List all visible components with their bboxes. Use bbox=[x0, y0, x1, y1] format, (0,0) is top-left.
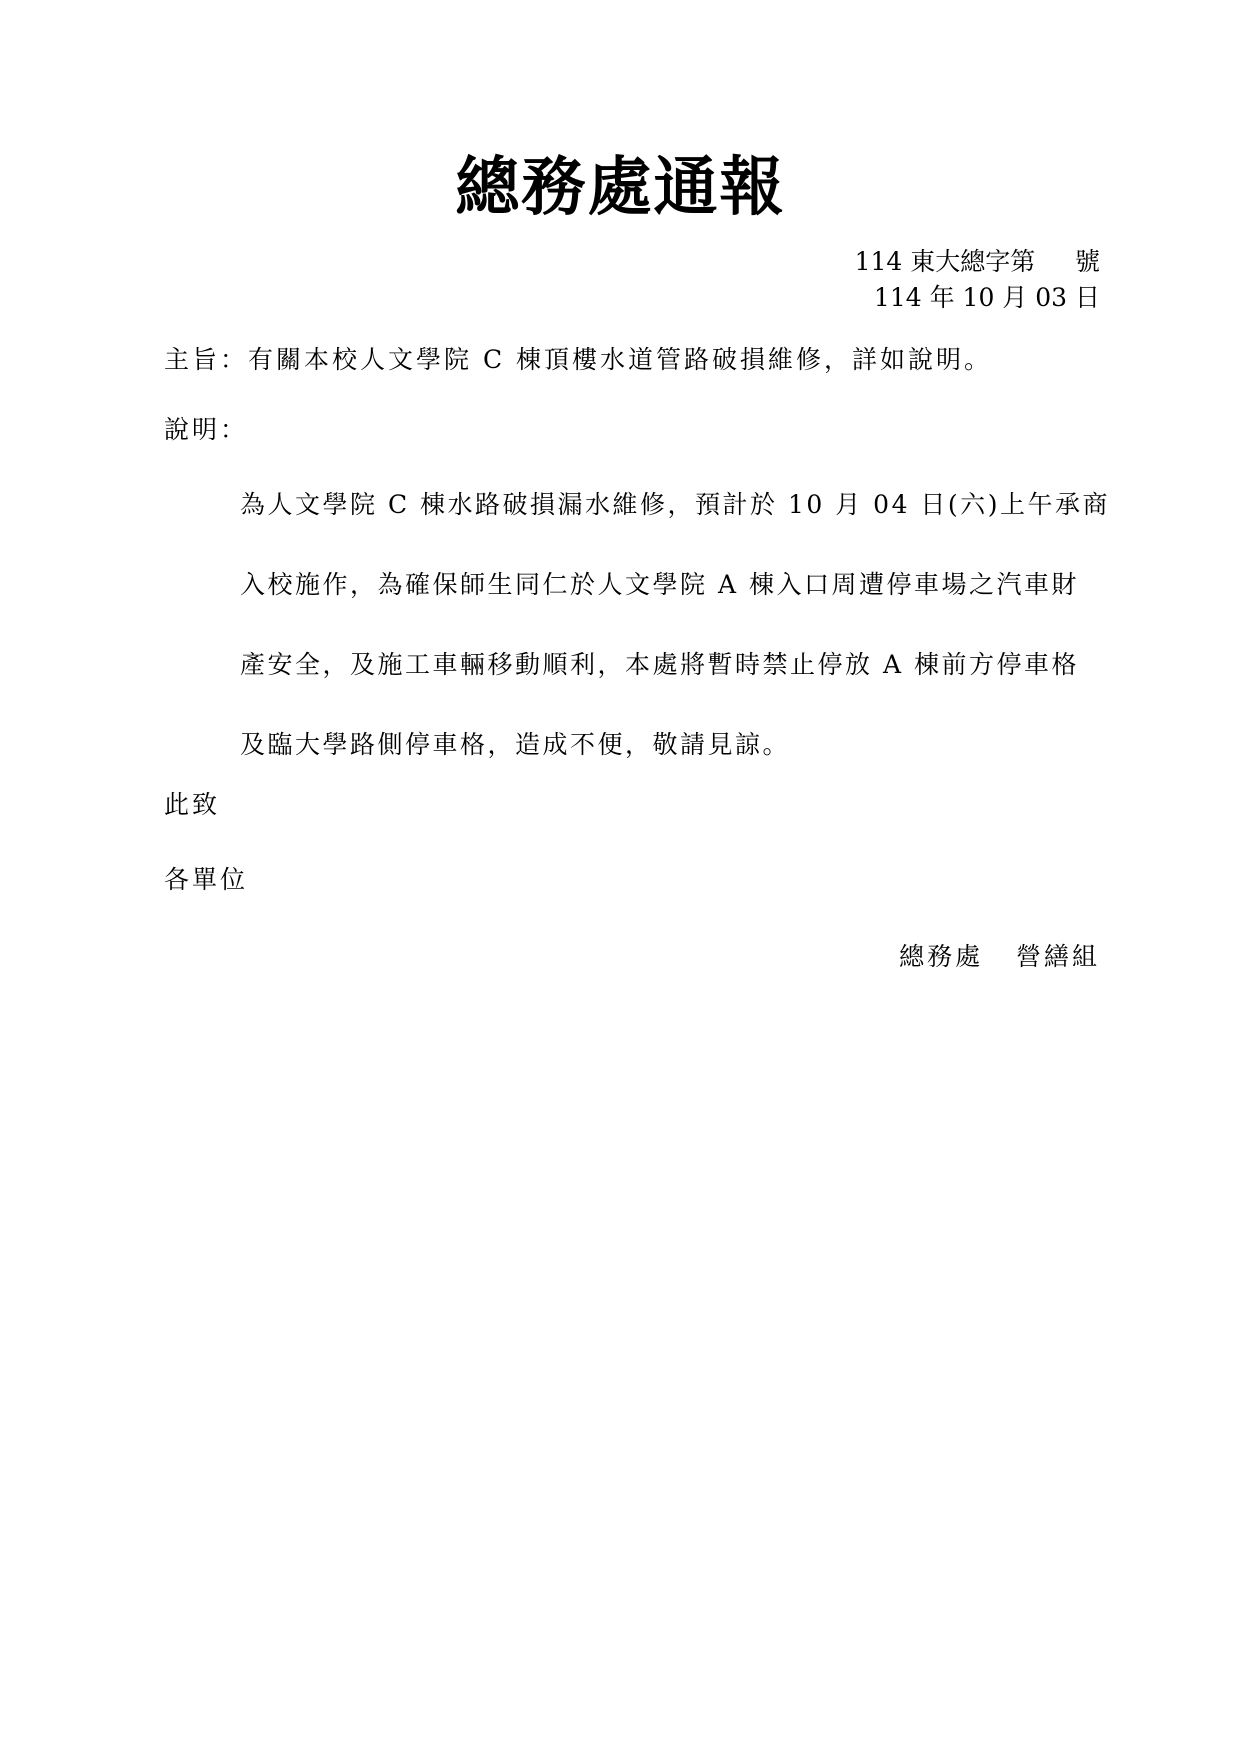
explanation-line: 為人文學院 C 棟水路破損漏水維修，預計於 10 月 04 日(六)上午承商 bbox=[240, 485, 1100, 565]
closing-salutation: 此致 bbox=[164, 785, 220, 825]
issue-date: 114 年 10 月 03 日 bbox=[855, 280, 1100, 316]
explanation-body: 為人文學院 C 棟水路破損漏水維修，預計於 10 月 04 日(六)上午承商 入… bbox=[240, 485, 1100, 805]
subject-label: 主旨： bbox=[164, 345, 248, 374]
signature: 總務處 營繕組 bbox=[899, 937, 1100, 977]
subject-text: 有關本校人文學院 C 棟頂樓水道管路破損維修，詳如說明。 bbox=[248, 345, 992, 374]
recipient: 各單位 bbox=[164, 860, 248, 900]
explanation-line: 及臨大學路側停車格，造成不便，敬請見諒。 bbox=[240, 725, 1100, 805]
document-title: 總務處通報 bbox=[0, 148, 1241, 228]
subject-line: 主旨：有關本校人文學院 C 棟頂樓水道管路破損維修，詳如說明。 bbox=[164, 340, 992, 380]
reference-block: 114 東大總字第 號 114 年 10 月 03 日 bbox=[855, 244, 1100, 316]
reference-number: 114 東大總字第 號 bbox=[855, 244, 1100, 280]
document-page: 總務處通報 114 東大總字第 號 114 年 10 月 03 日 主旨：有關本… bbox=[0, 0, 1241, 1755]
explanation-line: 產安全，及施工車輛移動順利，本處將暫時禁止停放 A 棟前方停車格 bbox=[240, 645, 1100, 725]
explanation-label: 說明： bbox=[164, 410, 248, 450]
explanation-line: 入校施作，為確保師生同仁於人文學院 A 棟入口周遭停車場之汽車財 bbox=[240, 565, 1100, 645]
